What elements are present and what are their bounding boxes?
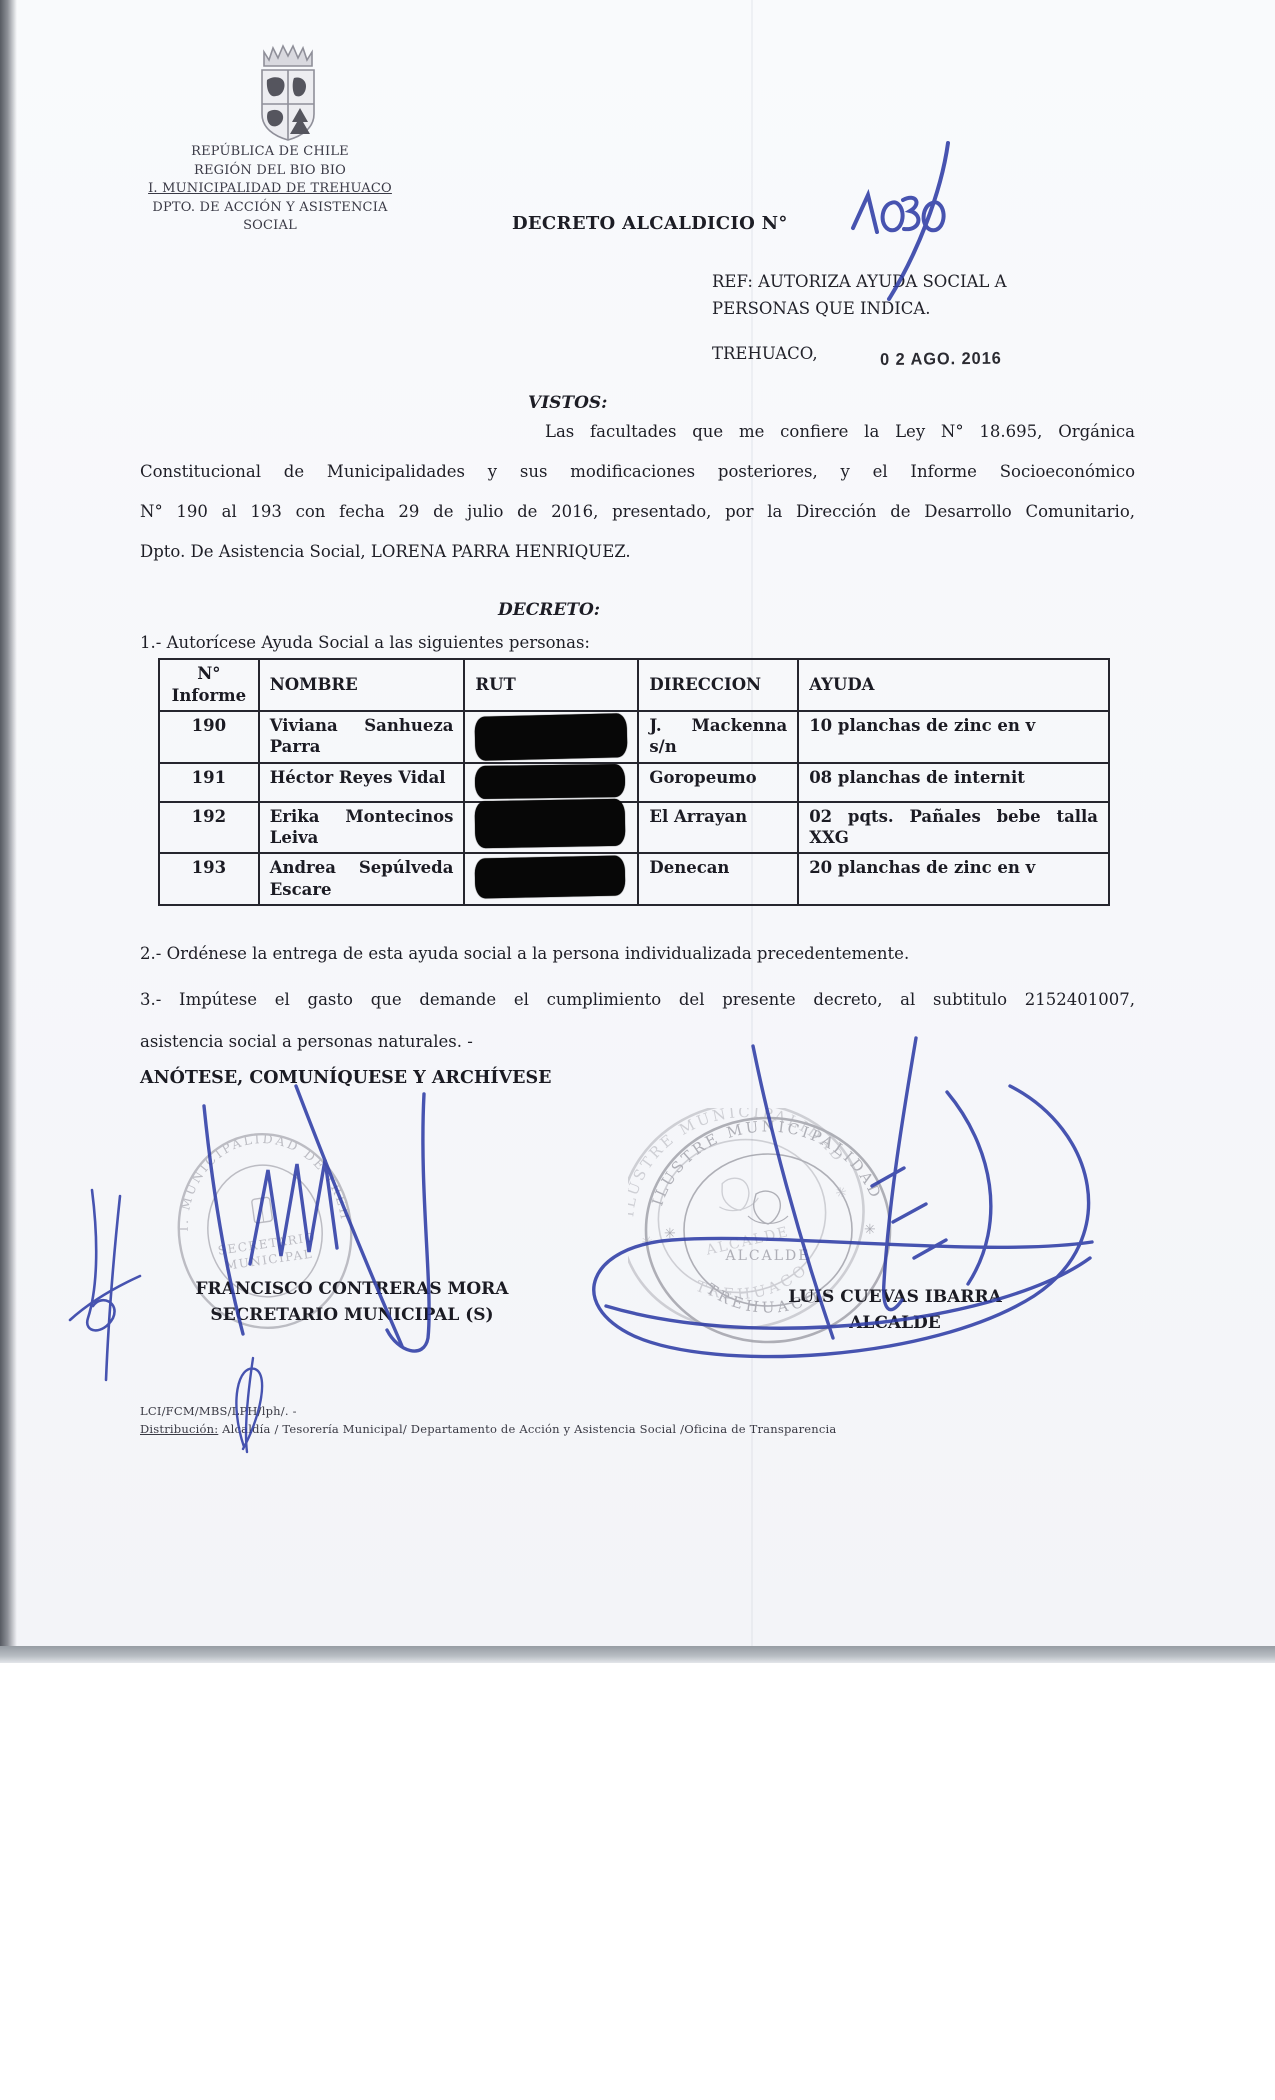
place-line: TREHUACO, — [712, 340, 818, 367]
cell-nombre: Viviana Sanhueza Parra — [259, 711, 465, 763]
vistos-line: N° 190 al 193 con fecha 29 de julio de 2… — [140, 500, 1135, 524]
footer-initials: LCI/FCM/MBS/LPH/lph/. - — [140, 1404, 297, 1418]
cell-direccion: J. Mackenna s/n — [638, 711, 798, 763]
col-header-rut: RUT — [464, 659, 638, 711]
vistos-line: Dpto. De Asistencia Social, LORENA PARRA… — [140, 540, 1135, 564]
letterhead-line: DPTO. DE ACCIÓN Y ASISTENCIA SOCIAL — [133, 199, 407, 236]
cell-direccion: Goropeumo — [638, 763, 798, 802]
aid-table: N° Informe NOMBRE RUT DIRECCION AYUDA 19… — [158, 658, 1110, 906]
letterhead-line: REGIÓN DEL BIO BIO — [133, 162, 407, 181]
cell-rut — [464, 763, 638, 802]
cell-direccion: Denecan — [638, 853, 798, 905]
table-row: 192 Erika Montecinos Leiva El Arrayan 02… — [159, 802, 1109, 854]
table-row: 193 Andrea Sepúlveda Escare Denecan 20 p… — [159, 853, 1109, 905]
decreto-heading: DECRETO: — [498, 600, 600, 620]
cell-ayuda: 10 planchas de zinc en v — [798, 711, 1109, 763]
col-header-nombre: NOMBRE — [259, 659, 465, 711]
footer-distribution-label: Distribución: — [140, 1422, 218, 1436]
cell-direccion: El Arrayan — [638, 802, 798, 854]
signatory-name: FRANCISCO CONTRERAS MORA — [162, 1276, 542, 1302]
cell-ayuda: 20 planchas de zinc en v — [798, 853, 1109, 905]
vistos-heading: VISTOS: — [528, 393, 607, 413]
scanned-decree-page: REPÚBLICA DE CHILE REGIÓN DEL BIO BIO I.… — [0, 0, 1275, 2100]
signatory-title: SECRETARIO MUNICIPAL (S) — [162, 1302, 542, 1328]
coat-of-arms — [240, 36, 336, 148]
cell-nombre: Erika Montecinos Leiva — [259, 802, 465, 854]
cell-rut — [464, 711, 638, 763]
cell-nombre: Héctor Reyes Vidal — [259, 763, 465, 802]
cell-nombre: Andrea Sepúlveda Escare — [259, 853, 465, 905]
col-header-informe: N° Informe — [159, 659, 259, 711]
signatory-left: FRANCISCO CONTRERAS MORA SECRETARIO MUNI… — [162, 1276, 542, 1328]
footer-distribution-text: Alcaldía / Tesorería Municipal/ Departam… — [218, 1422, 836, 1436]
item-2: 2.- Ordénese la entrega de esta ayuda so… — [140, 942, 1150, 966]
col-header-ayuda: AYUDA — [798, 659, 1109, 711]
ref-line-2: PERSONAS QUE INDICA. — [712, 295, 931, 322]
redacted-rut — [475, 855, 626, 898]
ref-line-1: REF: AUTORIZA AYUDA SOCIAL A — [712, 268, 1007, 295]
cell-informe: 192 — [159, 802, 259, 854]
signatory-title: ALCALDE — [700, 1310, 1090, 1336]
cell-informe: 193 — [159, 853, 259, 905]
redacted-rut — [475, 713, 628, 761]
footer-distribution: Distribución: Alcaldía / Tesorería Munic… — [140, 1422, 836, 1436]
redacted-rut — [475, 798, 626, 848]
decree-title: DECRETO ALCALDICIO N° — [512, 213, 788, 234]
vistos-line: Las facultades que me confiere la Ley N°… — [545, 420, 1135, 444]
item-1: 1.- Autorícese Ayuda Social a las siguie… — [140, 631, 1135, 655]
table-header-row: N° Informe NOMBRE RUT DIRECCION AYUDA — [159, 659, 1109, 711]
table-row: 191 Héctor Reyes Vidal Goropeumo 08 plan… — [159, 763, 1109, 802]
cell-rut — [464, 853, 638, 905]
vistos-line: Constitucional de Municipalidades y sus … — [140, 460, 1135, 484]
paper-bottom-shadow — [0, 1646, 1275, 1663]
letterhead: REPÚBLICA DE CHILE REGIÓN DEL BIO BIO I.… — [133, 143, 407, 236]
cell-ayuda: 02 pqts. Pañales bebe talla XXG — [798, 802, 1109, 854]
scanner-edge-shadow — [0, 0, 17, 1652]
cell-informe: 190 — [159, 711, 259, 763]
cell-rut — [464, 802, 638, 854]
table-row: 190 Viviana Sanhueza Parra J. Mackenna s… — [159, 711, 1109, 763]
date-stamp: 0 2 AGO. 2016 — [880, 349, 1002, 370]
letterhead-line: REPÚBLICA DE CHILE — [133, 143, 407, 162]
cell-ayuda: 08 planchas de internit — [798, 763, 1109, 802]
letterhead-line: I. MUNICIPALIDAD DE TREHUACO — [133, 180, 407, 199]
signatory-right: LUIS CUEVAS IBARRA ALCALDE — [700, 1284, 1090, 1336]
cell-informe: 191 — [159, 763, 259, 802]
signatory-name: LUIS CUEVAS IBARRA — [700, 1284, 1090, 1310]
redacted-rut — [475, 763, 625, 798]
item-3-line-1: 3.- Impútese el gasto que demande el cum… — [140, 988, 1135, 1012]
col-header-direccion: DIRECCION — [638, 659, 798, 711]
closing-formula: ANÓTESE, COMUNÍQUESE Y ARCHÍVESE — [140, 1068, 552, 1088]
item-3-line-2: asistencia social a personas naturales. … — [140, 1030, 1135, 1054]
